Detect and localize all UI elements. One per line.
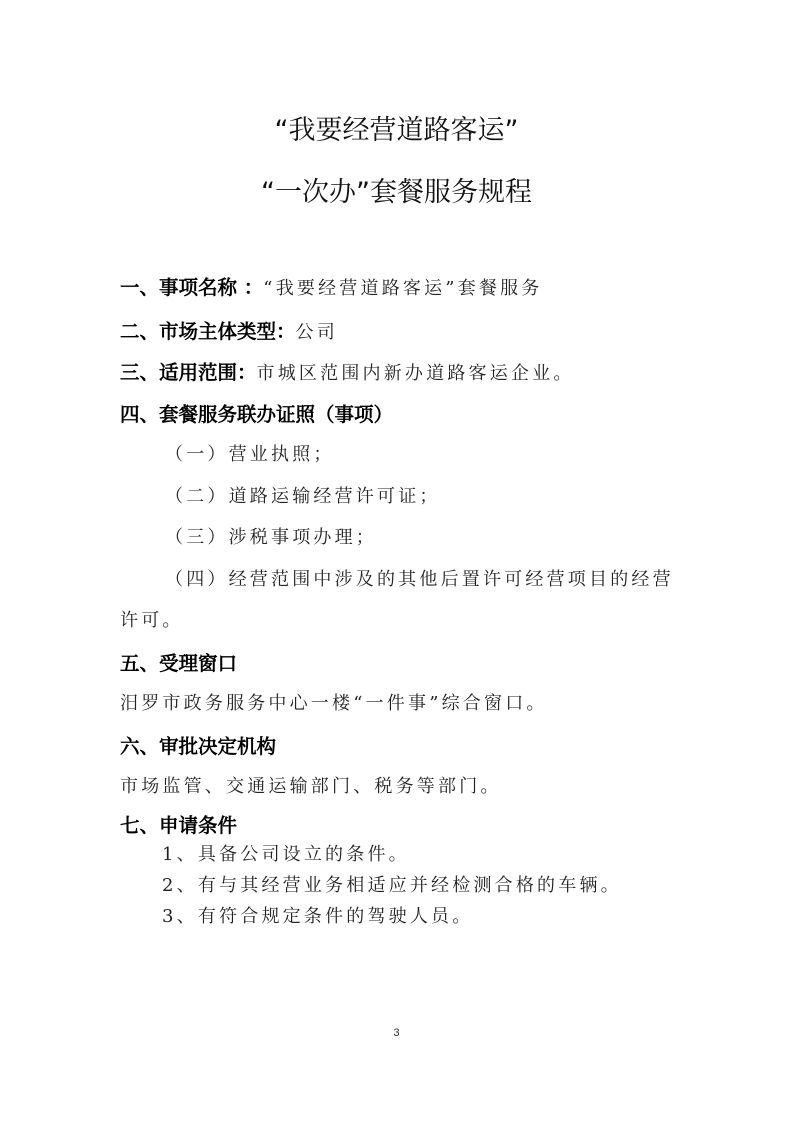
- condition-item: 3、有符合规定条件的驾驶人员。: [162, 902, 473, 928]
- section-heading: 三、适用范围：: [120, 361, 257, 384]
- document-title-line-2: “一次办”套餐服务规程: [0, 170, 793, 209]
- license-item: （四）经营范围中涉及的其他后置许可经营项目的经营: [165, 565, 674, 591]
- section-heading: 二、市场主体类型：: [120, 320, 296, 343]
- license-item: （二）道路运输经营许可证；: [165, 482, 441, 508]
- condition-item: 2、有与其经营业务相适应并经检测合格的车辆。: [162, 871, 622, 897]
- page-number: 3: [0, 1027, 793, 1039]
- section-item-name: 一、事项名称 ：“我要经营道路客运”套餐服务: [120, 272, 543, 300]
- section-entity-type: 二、市场主体类型：公司: [120, 316, 338, 344]
- section-authority: 六、审批决定机构: [120, 731, 276, 759]
- section-window: 五、受理窗口: [120, 648, 237, 676]
- section-heading: 一、事项名称 ：: [120, 276, 263, 299]
- document-title-line-1: “我要经营道路客运”: [0, 108, 793, 147]
- section-body: 公司: [296, 322, 338, 343]
- section-body: “我要经营道路客运”套餐服务: [263, 278, 542, 299]
- section-heading: 四、套餐服务联办证照（事项）: [120, 403, 393, 426]
- section-body: 市场监管、交通运输部门、税务等部门。: [120, 772, 502, 798]
- license-item: （三）涉税事项办理；: [165, 523, 377, 549]
- section-heading: 六、审批决定机构: [120, 735, 276, 758]
- section-body: 市城区范围内新办道路客运企业。: [257, 363, 575, 384]
- section-heading: 七、申请条件: [120, 814, 237, 837]
- section-heading: 五、受理窗口: [120, 652, 237, 675]
- license-item: （一）营业执照；: [165, 440, 335, 466]
- condition-item: 1、具备公司设立的条件。: [162, 840, 410, 866]
- section-licenses: 四、套餐服务联办证照（事项）: [120, 399, 393, 427]
- section-conditions: 七、申请条件: [120, 810, 237, 838]
- section-body: 汨罗市政务服务中心一楼“一件事”综合窗口。: [120, 689, 548, 715]
- section-scope: 三、适用范围：市城区范围内新办道路客运企业。: [120, 357, 575, 385]
- license-item-continuation: 许可。: [120, 606, 184, 632]
